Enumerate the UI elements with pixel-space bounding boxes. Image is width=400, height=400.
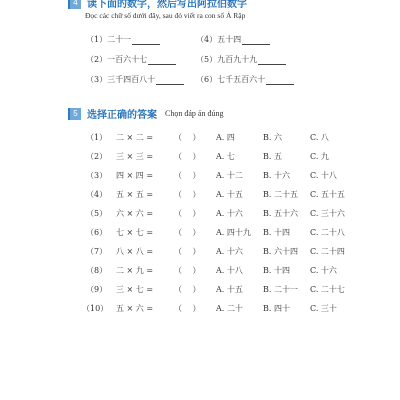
option-a[interactable]: A. 十六 [216, 246, 263, 257]
option-a[interactable]: A. 四 [216, 132, 263, 143]
exercise-row: （2）一百六十七 （5）九百九十九 [86, 54, 286, 65]
question-row: （7）八 × 八 =（ ）A. 十六B. 六十四C. 二十四 [86, 245, 357, 257]
exercise-item: （1）二十一 [86, 34, 196, 45]
question-row: （2）三 × 三 =（ ）A. 七B. 五C. 九 [86, 150, 357, 162]
section-subtitle: Chọn đáp án đúng [165, 109, 223, 118]
section-title: 读下面的数字，然后写出阿拉伯数字 [87, 0, 247, 10]
option-b[interactable]: B. 十四 [263, 265, 310, 276]
section-title: 选择正确的答案 [87, 106, 157, 121]
exercise-item: （5）九百九十九 [196, 54, 286, 65]
option-a[interactable]: A. 十二 [216, 170, 263, 181]
answer-blank[interactable] [156, 76, 184, 85]
question-row: （10）五 × 六 =（ ）A. 二十B. 四十C. 三十 [82, 302, 357, 314]
option-c[interactable]: C. 三十六 [310, 208, 357, 219]
answer-paren[interactable]: （ ） [174, 265, 216, 276]
option-c[interactable]: C. 二十七 [310, 284, 357, 295]
question-row: （1）二 × 二 =（ ）A. 四B. 六C. 八 [86, 131, 357, 143]
option-c[interactable]: C. 九 [310, 151, 357, 162]
option-c[interactable]: C. 二十八 [310, 227, 357, 238]
question-row: （3）四 × 四 =（ ）A. 十二B. 十六C. 十八 [86, 169, 357, 181]
answer-paren[interactable]: （ ） [174, 189, 216, 200]
answer-blank[interactable] [266, 76, 294, 85]
option-a[interactable]: A. 十八 [216, 265, 263, 276]
option-b[interactable]: B. 五 [263, 151, 310, 162]
section-5-header: 5 选择正确的答案 Chọn đáp án đúng [68, 106, 223, 121]
option-b[interactable]: B. 五十六 [263, 208, 310, 219]
answer-blank[interactable] [242, 36, 270, 45]
question-row: （6）七 × 七 =（ ）A. 四十九B. 十四C. 二十八 [86, 226, 357, 238]
option-a[interactable]: A. 二十 [216, 303, 263, 314]
option-b[interactable]: B. 二十五 [263, 189, 310, 200]
exercise-item: （4）五十四 [196, 34, 270, 45]
answer-blank[interactable] [258, 56, 286, 65]
option-c[interactable]: C. 十六 [310, 265, 357, 276]
section-number-badge: 4 [68, 0, 81, 9]
option-a[interactable]: A. 十五 [216, 189, 263, 200]
option-a[interactable]: A. 四十九 [216, 227, 263, 238]
exercise-item: （6）七千五百六十 [196, 74, 294, 85]
answer-paren[interactable]: （ ） [174, 132, 216, 143]
option-c[interactable]: C. 二十四 [310, 246, 357, 257]
option-b[interactable]: B. 二十一 [263, 284, 310, 295]
question-row: （8）二 × 九 =（ ）A. 十八B. 十四C. 十六 [86, 264, 357, 276]
question-row: （4）五 × 五 =（ ）A. 十五B. 二十五C. 五十五 [86, 188, 357, 200]
answer-blank[interactable] [132, 36, 160, 45]
section-number-badge: 5 [68, 108, 81, 120]
answer-paren[interactable]: （ ） [174, 170, 216, 181]
answer-paren[interactable]: （ ） [174, 246, 216, 257]
option-b[interactable]: B. 十四 [263, 227, 310, 238]
answer-paren[interactable]: （ ） [174, 208, 216, 219]
option-c[interactable]: C. 八 [310, 132, 357, 143]
option-c[interactable]: C. 十八 [310, 170, 357, 181]
exercise-row: （3）三千四百八十 （6）七千五百六十 [86, 74, 294, 85]
question-row: （9）三 × 七 =（ ）A. 十五B. 二十一C. 二十七 [86, 283, 357, 295]
option-b[interactable]: B. 十六 [263, 170, 310, 181]
answer-paren[interactable]: （ ） [174, 284, 216, 295]
option-c[interactable]: C. 三十 [310, 303, 357, 314]
question-row: （5）六 × 六 =（ ）A. 十六B. 五十六C. 三十六 [86, 207, 357, 219]
answer-blank[interactable] [148, 56, 176, 65]
option-b[interactable]: B. 四十 [263, 303, 310, 314]
option-a[interactable]: A. 十六 [216, 208, 263, 219]
option-a[interactable]: A. 十五 [216, 284, 263, 295]
exercise-row: （1）二十一 （4）五十四 [86, 34, 270, 45]
answer-paren[interactable]: （ ） [174, 151, 216, 162]
option-b[interactable]: B. 六 [263, 132, 310, 143]
option-b[interactable]: B. 六十四 [263, 246, 310, 257]
section-4-header: 4 读下面的数字，然后写出阿拉伯数字 [68, 0, 247, 10]
option-a[interactable]: A. 七 [216, 151, 263, 162]
section-instruction: Đọc các chữ số dưới đây, sau đó viết ra … [85, 11, 245, 20]
answer-paren[interactable]: （ ） [174, 227, 216, 238]
answer-paren[interactable]: （ ） [174, 303, 216, 314]
option-c[interactable]: C. 五十五 [310, 189, 357, 200]
exercise-item: （3）三千四百八十 [86, 74, 196, 85]
exercise-item: （2）一百六十七 [86, 54, 196, 65]
